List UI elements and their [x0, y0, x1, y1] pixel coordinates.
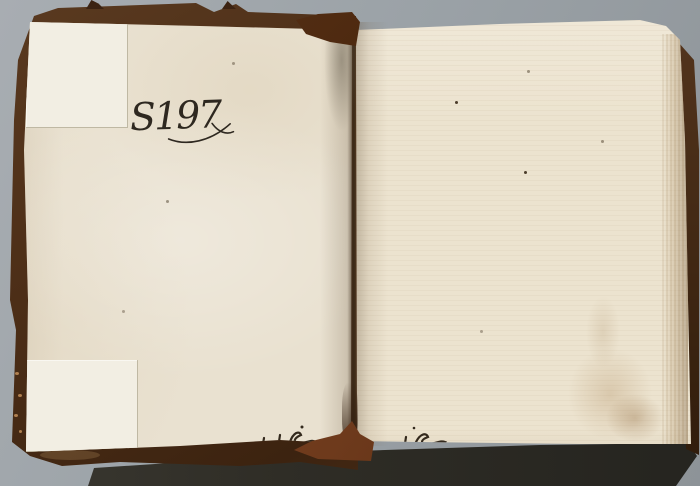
leather-scuff: [40, 450, 100, 460]
paper-speck: [524, 171, 527, 174]
paper-speck: [232, 62, 235, 65]
foxing-stain: [586, 296, 620, 368]
paper-speck: [527, 70, 530, 73]
leather-wear-speck: [15, 372, 19, 375]
paper-speck: [122, 310, 125, 313]
paper-speck: [601, 140, 604, 143]
shelfmark-svg: S197: [126, 86, 276, 152]
leather-wear-speck: [18, 394, 22, 397]
paper-patch-top-left: [26, 16, 128, 128]
shelfmark-text: S197: [129, 92, 224, 139]
paper-speck: [480, 330, 483, 333]
leather-wear-speck: [14, 414, 18, 417]
shelfmark-inscription: S197: [126, 86, 276, 152]
torn-leather-bit: [86, 0, 104, 9]
paper-speck: [455, 101, 458, 104]
gutter-stain: [324, 42, 356, 132]
paper-speck: [166, 200, 169, 203]
book-photograph: S197: [0, 0, 700, 486]
leather-wear-speck: [19, 430, 22, 433]
foxing-stain: [606, 394, 664, 442]
paper-patch-bottom-left: [16, 360, 138, 452]
